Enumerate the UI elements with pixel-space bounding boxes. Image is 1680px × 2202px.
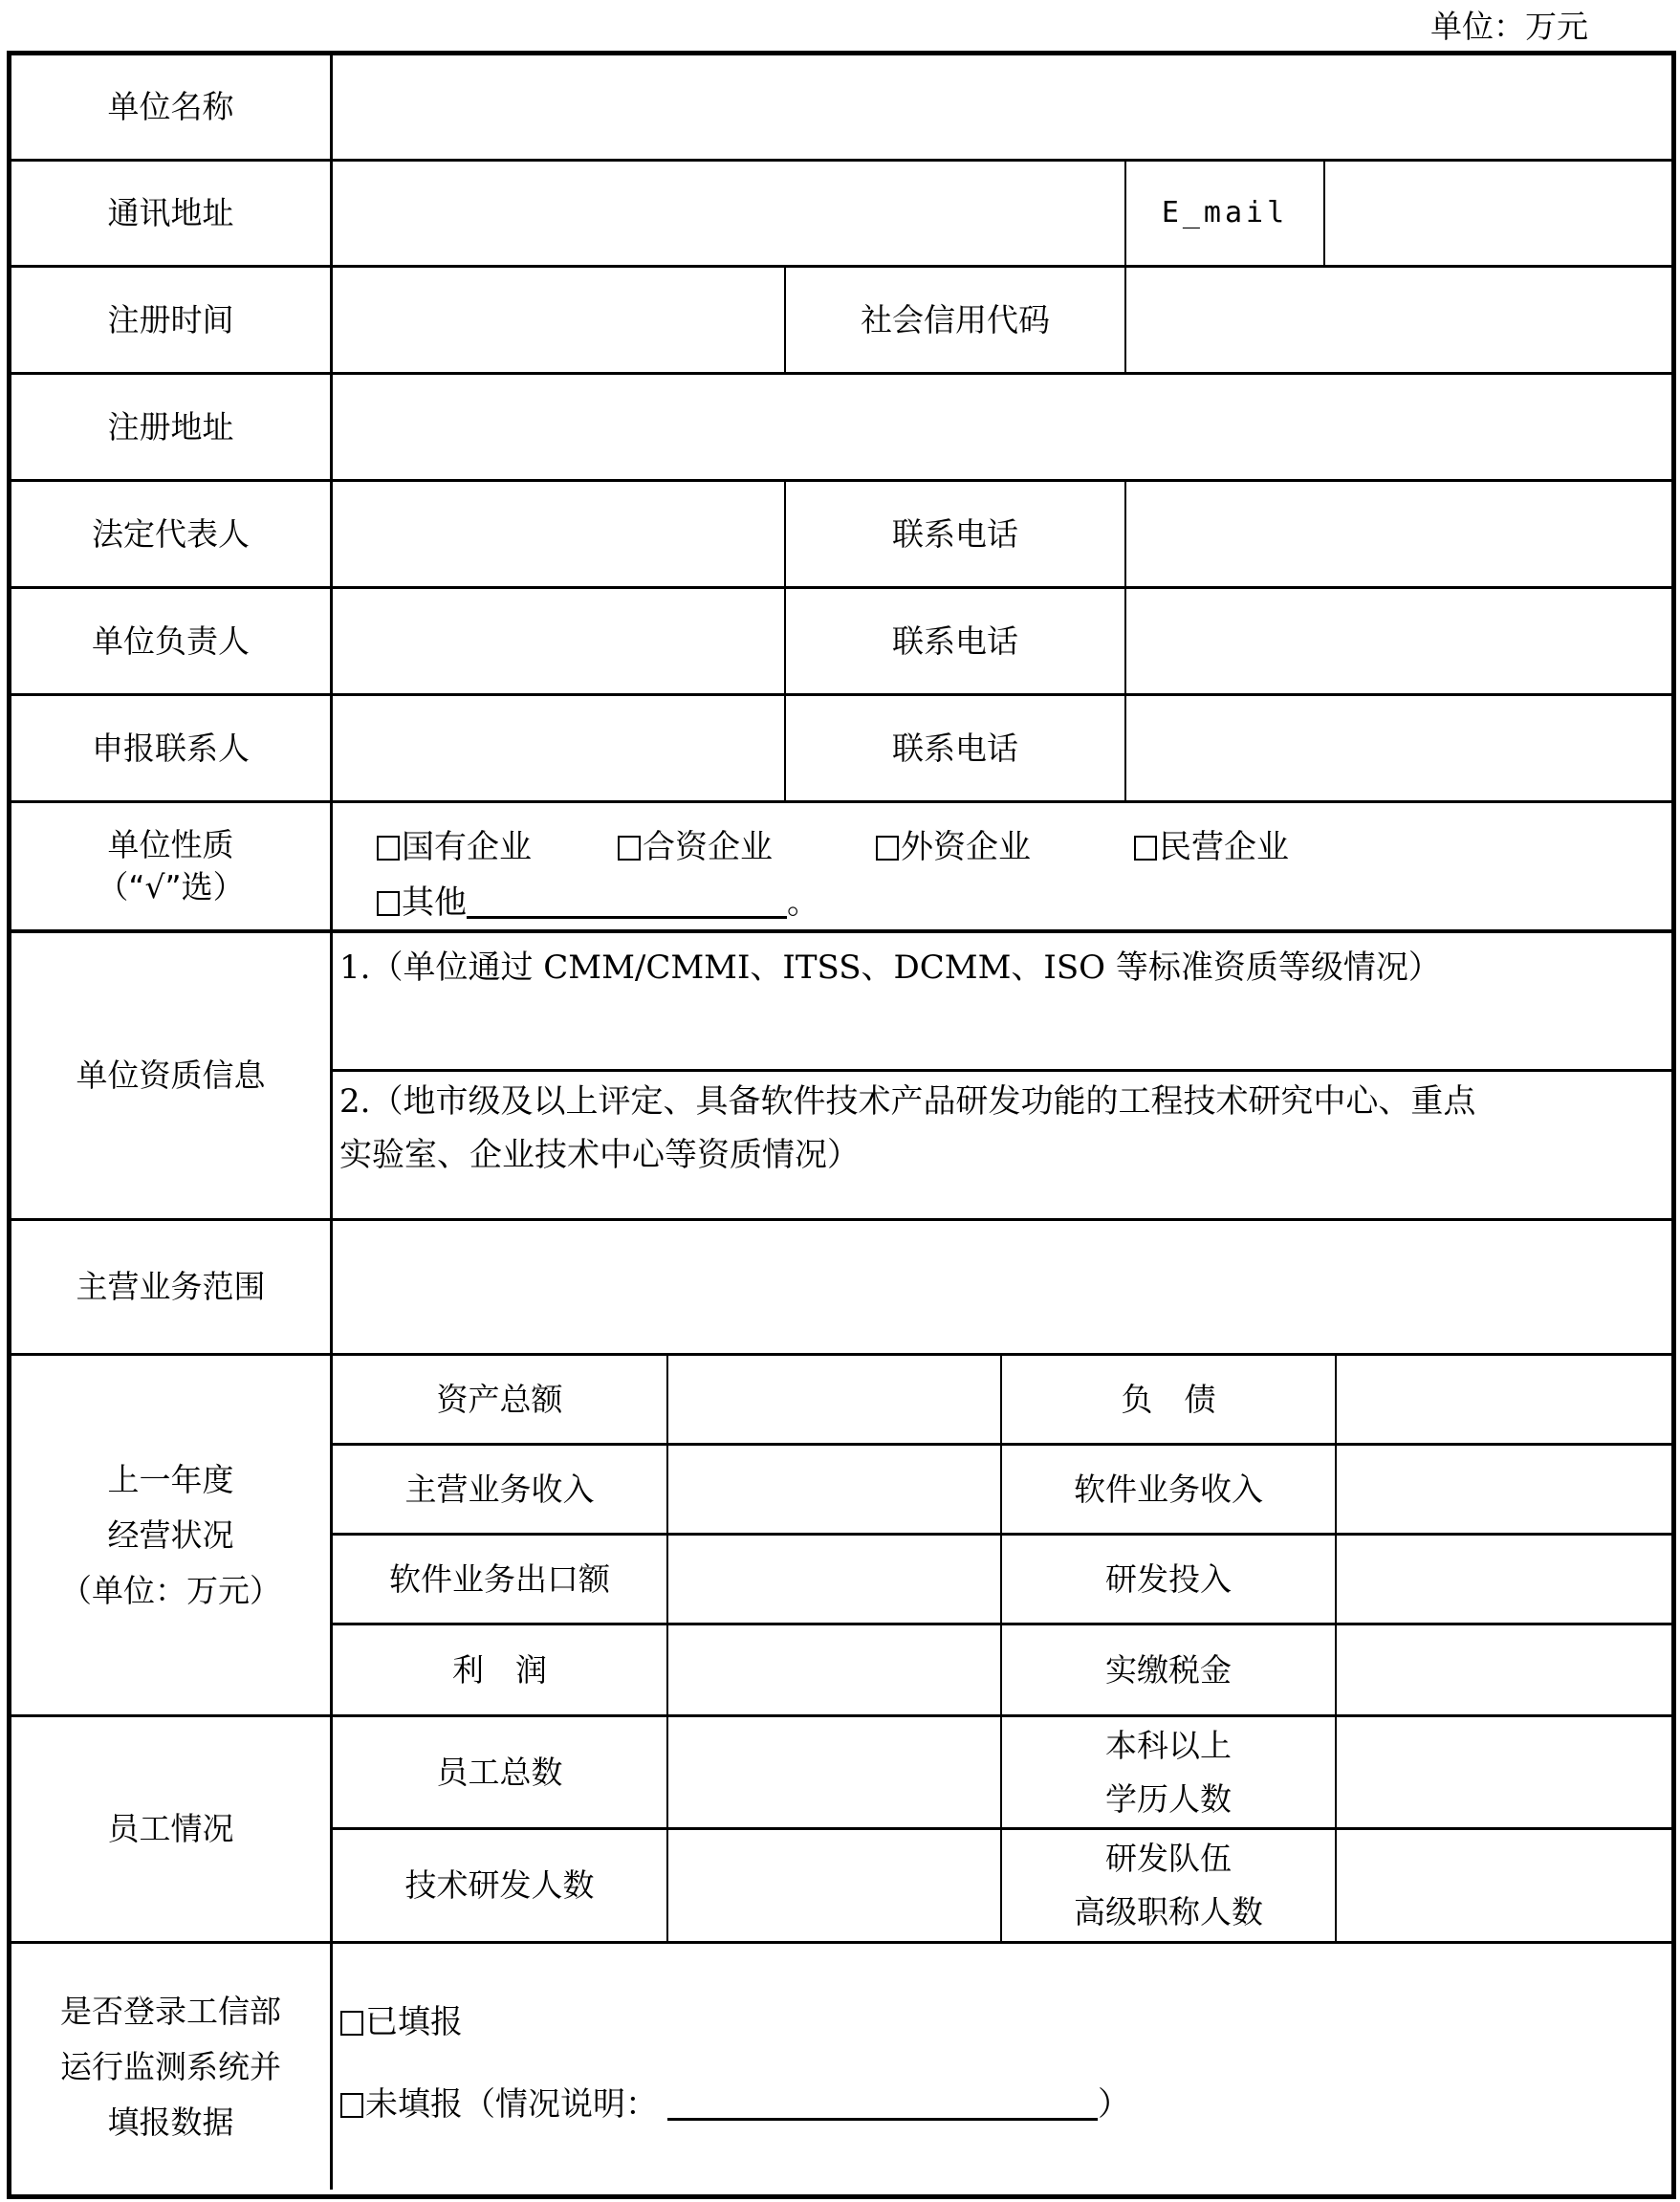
input-applicant-contact[interactable] [333, 696, 784, 800]
input-taxes-paid[interactable] [1337, 1625, 1671, 1714]
other-blank-input[interactable] [467, 883, 787, 919]
checkbox-icon[interactable] [340, 2093, 363, 2118]
input-software-export[interactable] [668, 1536, 1000, 1623]
input-applicant-phone[interactable] [1126, 696, 1671, 800]
label-senior-title-count: 研发队伍 高级职称人数 [1002, 1830, 1335, 1941]
label-unit-name: 单位名称 [11, 55, 330, 159]
label-applicant-phone: 联系电话 [786, 696, 1124, 800]
input-rd-investment[interactable] [1337, 1536, 1671, 1623]
checkbox-icon[interactable] [618, 836, 641, 861]
qualification-item-2-line1: 2.（地市级及以上评定、具备软件技术产品研发功能的工程技术研究中心、重点 [339, 1075, 1475, 1122]
label-unit-nature-line2: （“√”选） [97, 866, 244, 908]
input-bachelor-count[interactable] [1337, 1717, 1671, 1827]
input-credit-code[interactable] [1126, 268, 1671, 372]
label-register-address: 注册地址 [11, 375, 330, 479]
label-total-assets: 资产总额 [333, 1356, 666, 1443]
input-profit[interactable] [668, 1625, 1000, 1714]
checkbox-joint-venture[interactable]: 合资企业 [618, 820, 773, 867]
checkbox-icon[interactable] [1134, 836, 1157, 861]
checkbox-icon[interactable] [340, 2011, 363, 2036]
label-register-time: 注册时间 [11, 268, 330, 372]
input-senior-title-count[interactable] [1337, 1830, 1671, 1941]
input-software-revenue[interactable] [1337, 1446, 1671, 1533]
label-main-revenue: 主营业务收入 [333, 1446, 666, 1533]
label-email: E_mail [1126, 162, 1323, 265]
input-unit-name[interactable] [333, 55, 1671, 159]
label-credit-code: 社会信用代码 [786, 268, 1124, 372]
row-divider [331, 1069, 1671, 1072]
input-register-time[interactable] [333, 268, 784, 372]
label-unit-nature: 单位性质 （“√”选） [11, 803, 330, 929]
checkbox-foreign[interactable]: 外资企业 [876, 820, 1031, 867]
input-legal-rep-phone[interactable] [1126, 482, 1671, 586]
input-total-staff[interactable] [668, 1717, 1000, 1827]
input-unit-head-phone[interactable] [1126, 589, 1671, 693]
label-applicant-contact: 申报联系人 [11, 696, 330, 800]
label-rd-investment: 研发投入 [1002, 1536, 1335, 1623]
label-main-business: 主营业务范围 [11, 1221, 330, 1353]
input-legal-rep[interactable] [333, 482, 784, 586]
unit-note: 单位：万元 [1430, 2, 1588, 47]
checkbox-icon[interactable] [377, 836, 400, 861]
input-mail-address[interactable] [333, 162, 1124, 265]
unfilled-reason-input[interactable] [667, 2085, 1098, 2121]
label-unit-head-phone: 联系电话 [786, 589, 1124, 693]
input-register-address[interactable] [333, 375, 1671, 479]
label-unit-head: 单位负责人 [11, 589, 330, 693]
input-qualification-1[interactable] [333, 994, 1671, 1069]
label-liabilities: 负 债 [1002, 1356, 1335, 1443]
checkbox-filled[interactable]: 已填报 [340, 1995, 463, 2042]
checkbox-state-owned[interactable]: 国有企业 [377, 820, 532, 867]
checkbox-icon[interactable] [876, 836, 899, 861]
label-software-export: 软件业务出口额 [333, 1536, 666, 1623]
label-legal-rep-phone: 联系电话 [786, 482, 1124, 586]
label-unit-nature-line1: 单位性质 [108, 824, 234, 866]
label-bachelor-count: 本科以上 学历人数 [1002, 1717, 1335, 1827]
checkbox-unfilled[interactable]: 未填报（情况说明：） [340, 2078, 1130, 2125]
label-profit: 利 润 [333, 1625, 666, 1714]
label-staff: 员工情况 [11, 1717, 330, 1941]
label-mail-address: 通讯地址 [11, 162, 330, 265]
label-rd-staff: 技术研发人数 [333, 1830, 666, 1941]
label-qualification: 单位资质信息 [11, 933, 330, 1218]
input-email[interactable] [1325, 162, 1671, 265]
checkbox-other[interactable]: 其他。 [377, 876, 819, 923]
checkbox-icon[interactable] [377, 891, 400, 916]
label-monitoring: 是否登录工信部 运行监测系统并 填报数据 [11, 1944, 330, 2190]
input-total-assets[interactable] [668, 1356, 1000, 1443]
qualification-item-2-line2: 实验室、企业技术中心等资质情况） [339, 1128, 860, 1175]
input-unit-head[interactable] [333, 589, 784, 693]
label-total-staff: 员工总数 [333, 1717, 666, 1827]
label-operations: 上一年度 经营状况 （单位：万元） [11, 1356, 330, 1714]
label-legal-rep: 法定代表人 [11, 482, 330, 586]
input-rd-staff[interactable] [668, 1830, 1000, 1941]
input-liabilities[interactable] [1337, 1356, 1671, 1443]
qualification-item-1: 1.（单位通过 CMM/CMMI、ITSS、DCMM、ISO 等标准资质等级情况… [339, 941, 1441, 988]
label-taxes-paid: 实缴税金 [1002, 1625, 1335, 1714]
checkbox-private[interactable]: 民营企业 [1134, 820, 1289, 867]
input-main-revenue[interactable] [668, 1446, 1000, 1533]
input-qualification-2[interactable] [333, 1176, 1671, 1218]
input-main-business[interactable] [333, 1221, 1671, 1353]
label-software-revenue: 软件业务收入 [1002, 1446, 1335, 1533]
